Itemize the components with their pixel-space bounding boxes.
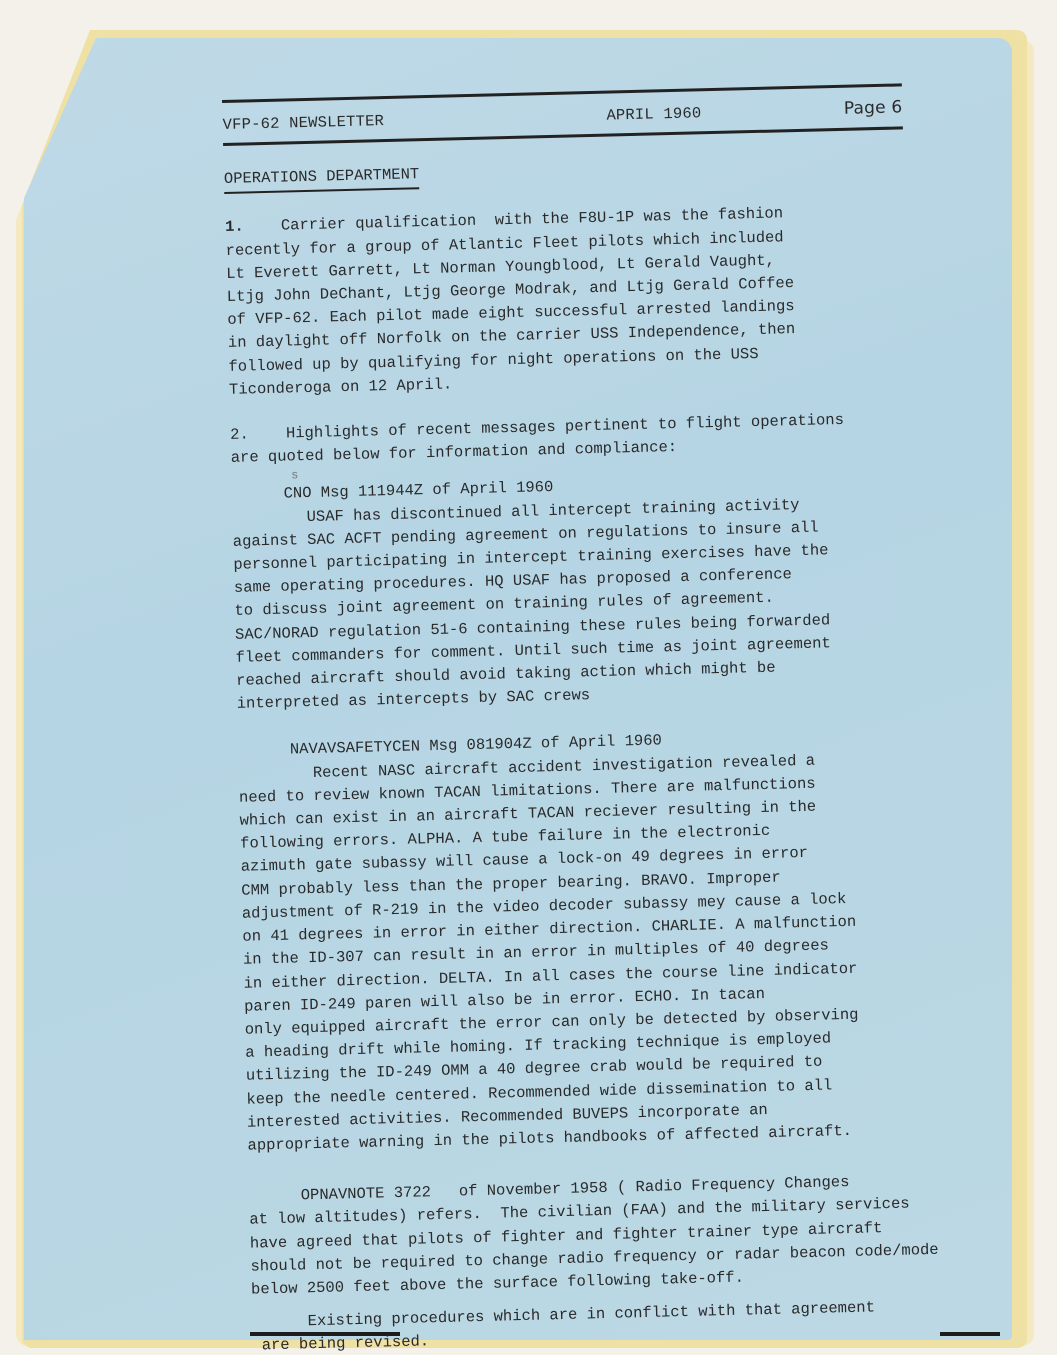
paragraph-1: 1. Carrier qualification with the F8U-1P…	[225, 197, 1019, 402]
newsletter-title: VFP-62 NEWSLETTER	[222, 110, 384, 137]
paragraph-number: 2.	[230, 425, 249, 443]
section-title: OPERATIONS DEPARTMENT	[224, 163, 420, 194]
message-opnavnote: OPNAVNOTE 3722 of November 1958 ( Radio …	[249, 1166, 1042, 1301]
page-number: Page 6	[844, 96, 903, 121]
message-cno: CNO Msg 111944Z of April 1960 USAF has d…	[231, 465, 1026, 716]
message-navavsafetycen: NAVAVSAFETYCEN Msg 081904Z of April 1960…	[238, 721, 1038, 1158]
paragraph-number: 1.	[225, 218, 244, 236]
page-content: VFP-62 NEWSLETTER APRIL 1960 Page 6 OPER…	[222, 81, 1043, 1355]
issue-date: APRIL 1960	[606, 102, 702, 128]
